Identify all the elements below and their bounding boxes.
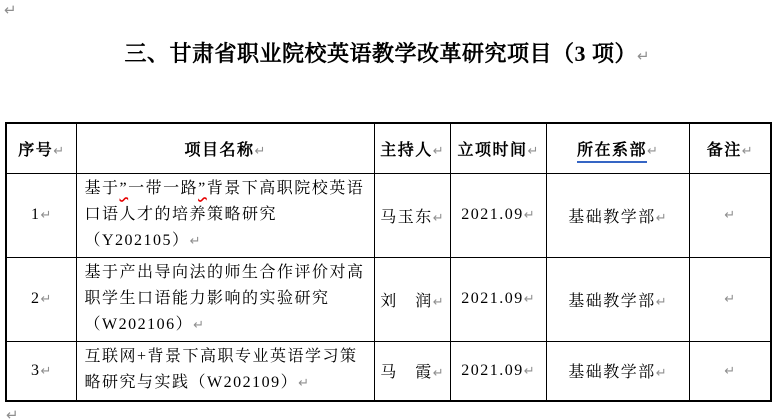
cell-leader: 马玉东↵ [374, 173, 450, 257]
table-row: 3↵ 互联网+背景下高职专业英语学习策略研究与实践（W202109）↵ 马 霞↵… [6, 341, 771, 401]
paragraph-mark: ↵ [656, 366, 667, 381]
header-project-name-label: 项目名称 [185, 142, 255, 159]
serial-number: 2 [31, 290, 41, 307]
header-serial-label: 序号 [18, 142, 53, 159]
leader-name: 马玉东 [380, 209, 433, 226]
table-row: 1↵ 基于”一带一路”背景下高职院校英语口语人才的培养策略研究（Y202105）… [6, 173, 771, 257]
header-date: 立项时间↵ [450, 123, 546, 173]
department-name: 基础教学部 [568, 209, 656, 226]
project-name: 基于”一带一路”背景下高职院校英语口语人才的培养策略研究（Y202105） [85, 180, 365, 249]
paragraph-mark: ↵ [255, 144, 266, 159]
header-project-name: 项目名称↵ [76, 123, 374, 173]
paragraph-mark: ↵ [742, 144, 753, 159]
leader-name: 刘 润 [380, 293, 433, 310]
paragraph-mark: ↵ [193, 318, 204, 333]
cell-project-name: 基于产出导向法的师生合作评价对高职学生口语能力影响的实验研究（W202106）↵ [76, 257, 374, 341]
spellcheck-squiggle: ” [120, 180, 129, 197]
approval-date: 2021.09 [461, 206, 524, 223]
header-note-label: 备注 [707, 142, 742, 159]
cell-date: 2021.09↵ [450, 173, 546, 257]
header-serial: 序号↵ [6, 123, 76, 173]
header-note: 备注↵ [689, 123, 771, 173]
header-department-label: 所在系部 [577, 142, 647, 163]
table-row: 2↵ 基于产出导向法的师生合作评价对高职学生口语能力影响的实验研究（W20210… [6, 257, 771, 341]
spellcheck-squiggle: ” [198, 180, 207, 197]
paragraph-mark: ↵ [656, 211, 667, 226]
paragraph-mark: ↵ [524, 364, 535, 379]
header-date-label: 立项时间 [458, 142, 528, 159]
paragraph-mark: ↵ [53, 144, 64, 159]
department-name: 基础教学部 [568, 293, 656, 310]
paragraph-mark: ↵ [528, 144, 539, 159]
document-page: { "marks": { "pilcrow": "↵" }, "title": … [0, 0, 774, 419]
cell-note: ↵ [689, 341, 771, 401]
header-leader-label: 主持人 [380, 142, 433, 159]
paragraph-mark: ↵ [524, 292, 535, 307]
paragraph-mark: ↵ [433, 211, 444, 226]
paragraph-mark: ↵ [4, 1, 17, 19]
paragraph-mark: ↵ [433, 295, 444, 310]
paragraph-mark: ↵ [190, 234, 201, 249]
paragraph-mark: ↵ [637, 47, 650, 65]
section-title: 三、甘肃省职业院校英语教学改革研究项目（3 项） [124, 41, 637, 66]
paragraph-mark: ↵ [41, 208, 52, 223]
paragraph-mark: ↵ [724, 208, 735, 223]
cell-note: ↵ [689, 173, 771, 257]
approval-date: 2021.09 [461, 290, 524, 307]
project-name: 基于产出导向法的师生合作评价对高职学生口语能力影响的实验研究（W202106） [85, 264, 365, 333]
projects-table: 序号↵ 项目名称↵ 主持人↵ 立项时间↵ 所在系部↵ 备注↵ 1↵ 基于”一带一… [5, 122, 772, 402]
paragraph-mark: ↵ [433, 144, 444, 159]
cell-date: 2021.09↵ [450, 341, 546, 401]
cell-serial: 2↵ [6, 257, 76, 341]
cell-project-name: 互联网+背景下高职专业英语学习策略研究与实践（W202109）↵ [76, 341, 374, 401]
paragraph-mark: ↵ [724, 364, 735, 379]
department-name: 基础教学部 [568, 364, 656, 381]
cell-department: 基础教学部↵ [546, 341, 689, 401]
paragraph-mark: ↵ [656, 295, 667, 310]
paragraph-mark: ↵ [647, 144, 658, 159]
cell-project-name: 基于”一带一路”背景下高职院校英语口语人才的培养策略研究（Y202105）↵ [76, 173, 374, 257]
paragraph-mark: ↵ [433, 366, 444, 381]
paragraph-mark: ↵ [524, 208, 535, 223]
cell-note: ↵ [689, 257, 771, 341]
paragraph-mark: ↵ [41, 364, 52, 379]
cell-leader: 马 霞↵ [374, 341, 450, 401]
table-header-row: 序号↵ 项目名称↵ 主持人↵ 立项时间↵ 所在系部↵ 备注↵ [6, 123, 771, 173]
leader-name: 马 霞 [380, 364, 433, 381]
cell-leader: 刘 润↵ [374, 257, 450, 341]
paragraph-mark: ↵ [724, 292, 735, 307]
cell-date: 2021.09↵ [450, 257, 546, 341]
approval-date: 2021.09 [461, 362, 524, 379]
project-name: 互联网+背景下高职专业英语学习策略研究与实践（W202109） [85, 348, 358, 391]
cell-department: 基础教学部↵ [546, 173, 689, 257]
serial-number: 3 [31, 362, 41, 379]
header-leader: 主持人↵ [374, 123, 450, 173]
cell-serial: 1↵ [6, 173, 76, 257]
cell-serial: 3↵ [6, 341, 76, 401]
paragraph-mark: ↵ [41, 292, 52, 307]
section-title-line: 三、甘肃省职业院校英语教学改革研究项目（3 项）↵ [0, 39, 774, 72]
paragraph-mark: ↵ [298, 376, 309, 391]
header-department: 所在系部↵ [546, 123, 689, 173]
paragraph-mark: ↵ [6, 406, 19, 419]
cell-department: 基础教学部↵ [546, 257, 689, 341]
serial-number: 1 [31, 206, 41, 223]
